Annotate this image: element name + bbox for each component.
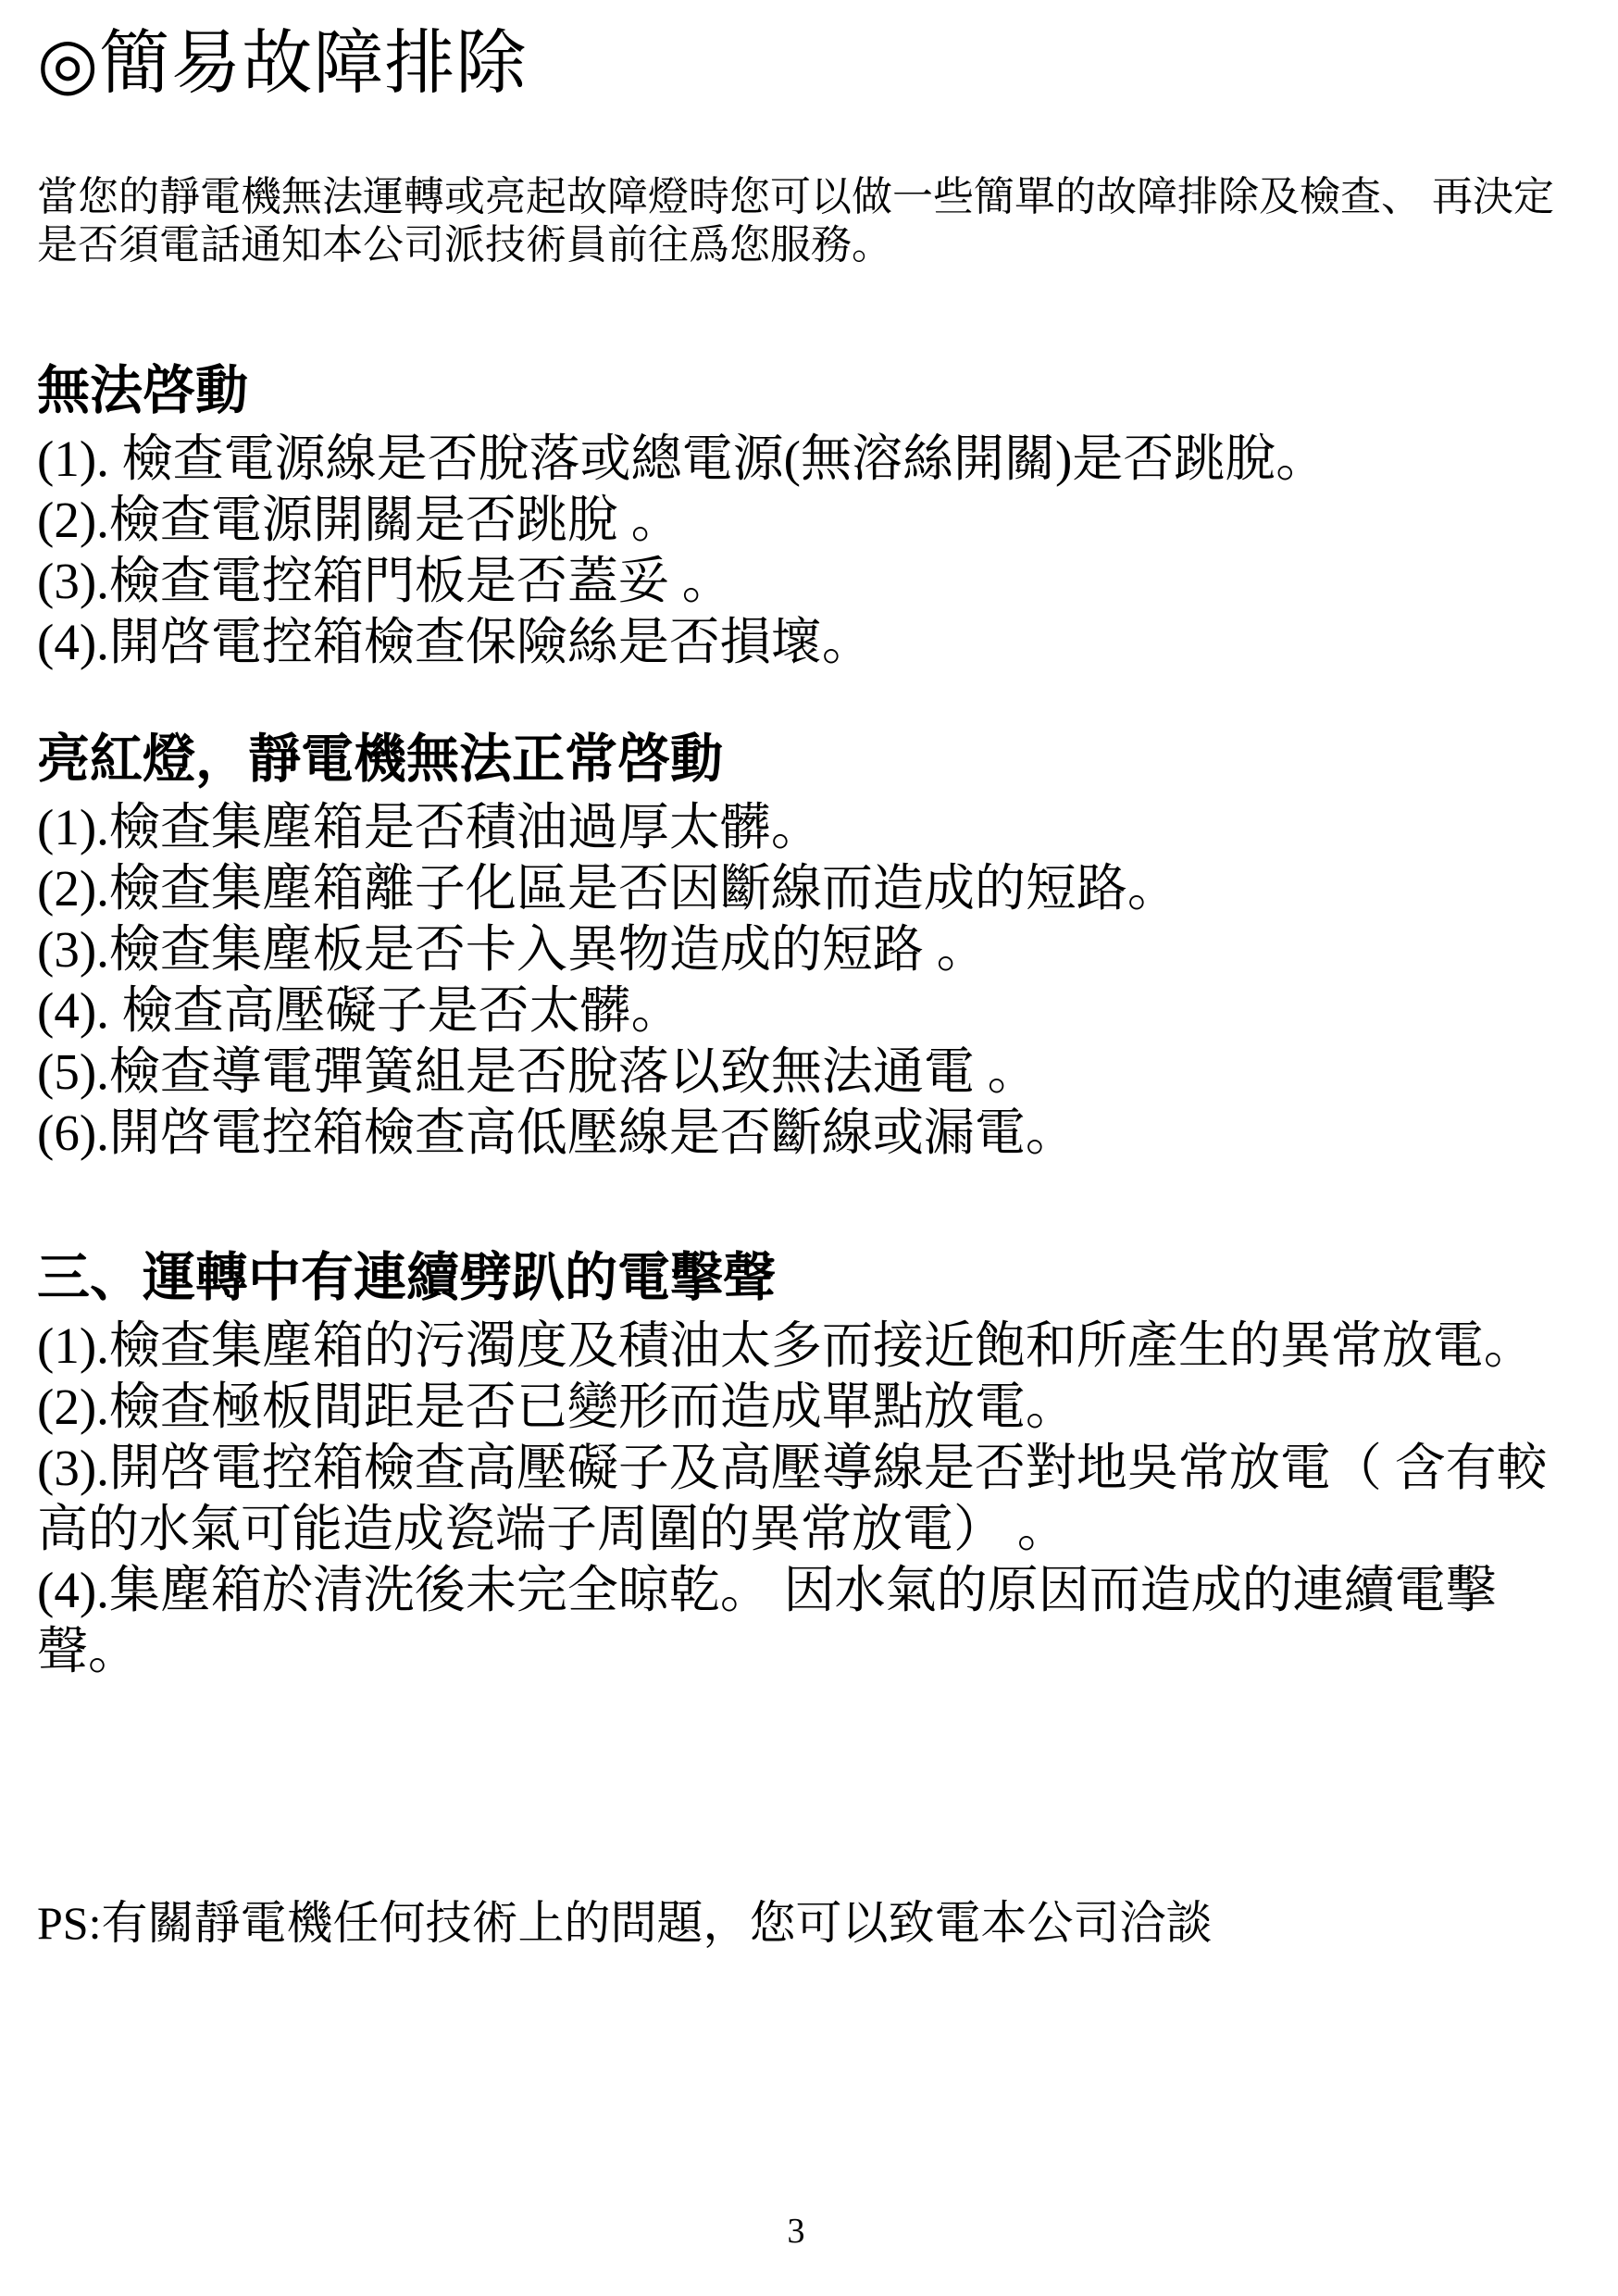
list-item: (1).檢查集塵箱是否積油過厚太髒。 [37,797,1555,858]
page-title: ◎簡易故障排除 [37,24,1581,105]
intro-paragraph: 當您的靜電機無法運轉或亮起故障燈時您可以做一些簡單的故障排除及檢查、 再決定是否… [37,173,1555,269]
section-heading: 亮紅燈，靜電機無法正常啓動 [37,729,1581,792]
list-item: (3).開啓電控箱檢查高壓礙子及高壓導線是否對地吳常放電（ 含有較高的水氣可能造… [37,1438,1555,1560]
section-shock-noise: 三、運轉中有連續劈趴的電擊聲 (1).檢查集塵箱的污濁度及積油太多而接近飽和所產… [37,1247,1581,1682]
list-item: (3).檢查電控箱門板是否蓋妥 。 [37,551,1555,612]
list-item: (5).檢查導電彈簧組是否脫落以致無法通電 。 [37,1042,1555,1103]
document-page: ◎簡易故障排除 當您的靜電機無法運轉或亮起故障燈時您可以做一些簡單的故障排除及檢… [0,0,1618,2296]
section-cannot-start: 無法啓動 (1). 檢查電源線是否脫落或總電源(無溶絲開關)是否跳脫。 (2).… [37,360,1581,673]
list-item: (1). 檢查電源線是否脫落或總電源(無溶絲開關)是否跳脫。 [37,429,1555,490]
page-number: 3 [37,2210,1555,2252]
ps-note: PS:有關靜電機任何技術上的問題，您可以致電本公司洽談 [37,1895,1581,1951]
list-item: (4).集塵箱於清洗後未完全晾乾。 因水氣的原因而造成的連續電擊聲。 [37,1560,1555,1682]
list-item: (4). 檢查高壓礙子是否太髒。 [37,980,1555,1042]
section-heading: 三、運轉中有連續劈趴的電擊聲 [37,1247,1581,1310]
section-item-list: (1).檢查集塵箱是否積油過厚太髒。 (2).檢查集塵箱離子化區是否因斷線而造成… [37,797,1555,1164]
list-item: (2).檢查集塵箱離子化區是否因斷線而造成的短路。 [37,858,1555,919]
section-red-light: 亮紅燈，靜電機無法正常啓動 (1).檢查集塵箱是否積油過厚太髒。 (2).檢查集… [37,729,1581,1164]
section-item-list: (1). 檢查電源線是否脫落或總電源(無溶絲開關)是否跳脫。 (2).檢查電源開… [37,429,1555,673]
list-item: (1).檢查集塵箱的污濁度及積油太多而接近飽和所產生的異常放電。 [37,1316,1555,1377]
section-item-list: (1).檢查集塵箱的污濁度及積油太多而接近飽和所產生的異常放電。 (2).檢查極… [37,1316,1555,1682]
list-item: (6).開啓電控箱檢查高低壓線是否斷線或漏電。 [37,1103,1555,1164]
section-heading: 無法啓動 [37,360,1581,423]
list-item: (2).檢查電源開關是否跳脫 。 [37,490,1555,551]
list-item: (3).檢查集塵板是否卡入異物造成的短路 。 [37,919,1555,980]
list-item: (4).開啓電控箱檢查保險絲是否損壞。 [37,612,1555,673]
list-item: (2).檢查極板間距是否已變形而造成單點放電。 [37,1377,1555,1438]
